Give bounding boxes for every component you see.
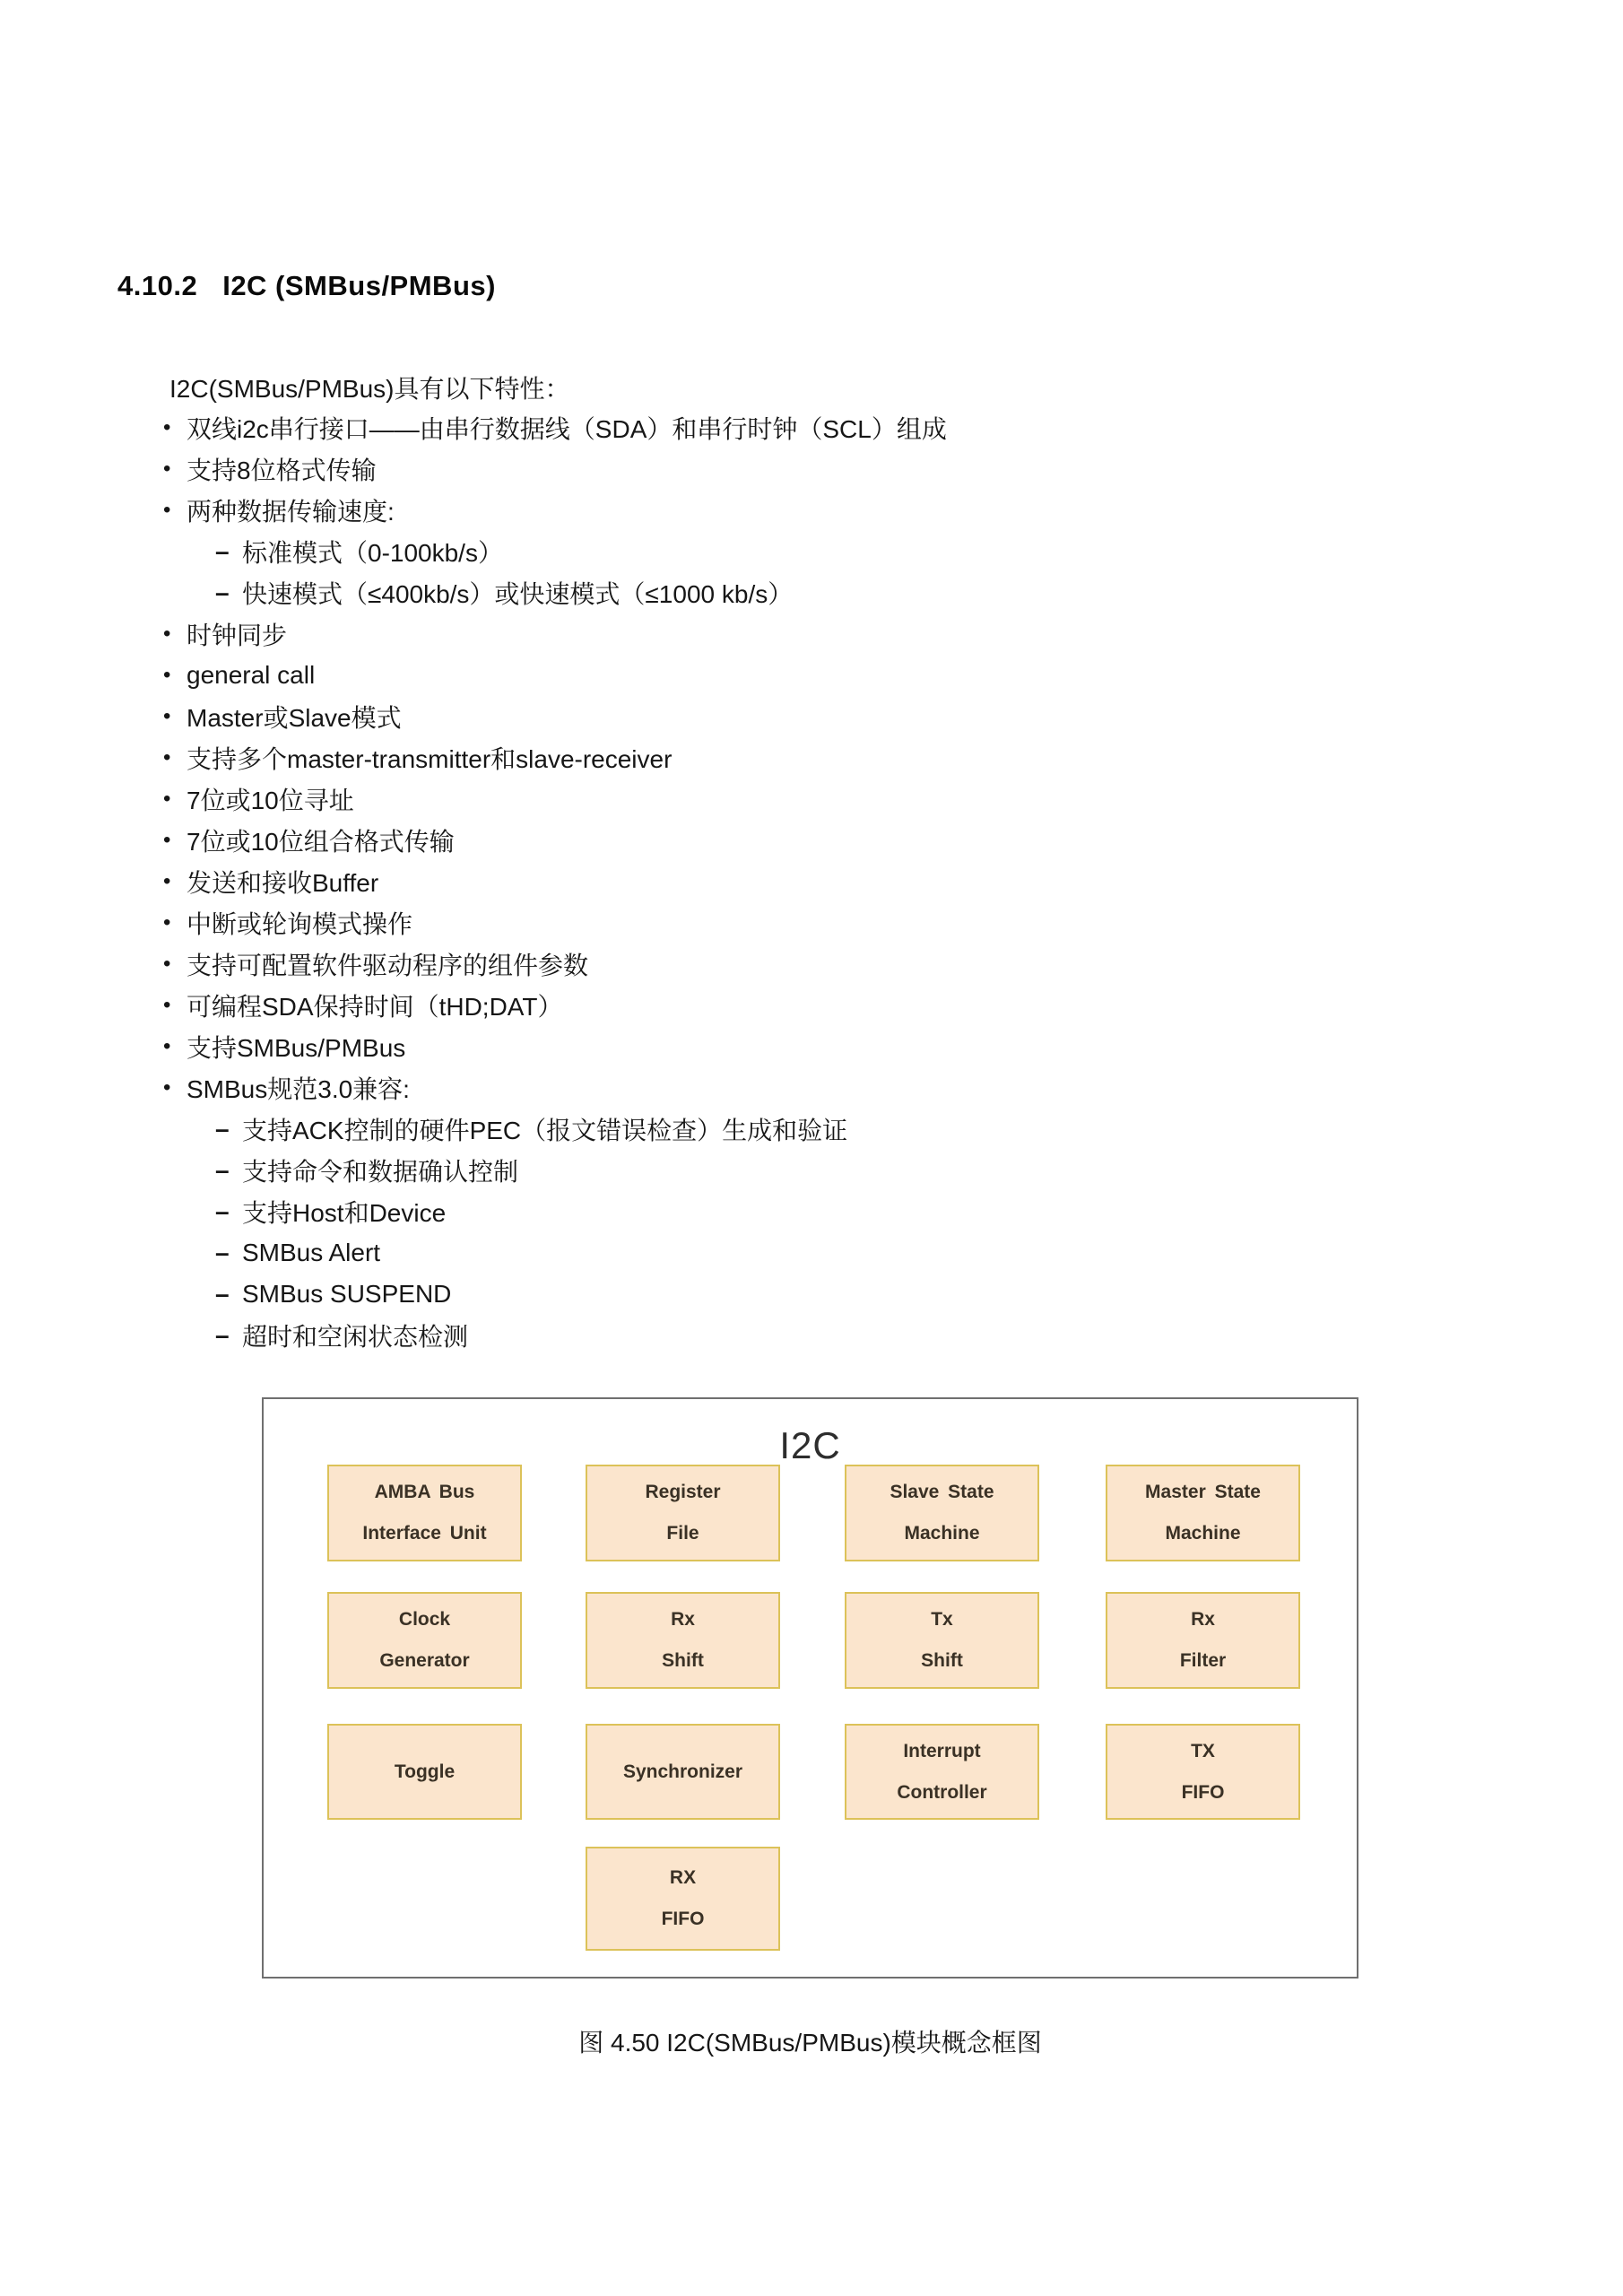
- box-label-line: Clock: [399, 1609, 450, 1631]
- feature-item: •可编程SDA保持时间（tHD;DAT）: [0, 985, 1524, 1026]
- feature-item: •支持可配置软件驱动程序的组件参数: [0, 944, 1524, 985]
- feature-subitem: –标准模式（0-100kb/s）: [0, 531, 1524, 572]
- feature-text: 两种数据传输速度:: [187, 492, 395, 528]
- box-label-line: Interface Unit: [362, 1523, 486, 1544]
- bullet-marker: •: [163, 415, 187, 440]
- box-label-line: Slave State: [890, 1482, 994, 1503]
- feature-subitem: –快速模式（≤400kb/s）或快速模式（≤1000 kb/s）: [0, 572, 1524, 613]
- feature-subitem: –支持命令和数据确认控制: [0, 1150, 1524, 1191]
- box-label-line: Interrupt: [903, 1741, 980, 1762]
- bullet-marker: •: [163, 622, 187, 647]
- feature-item: •支持SMBus/PMBus: [0, 1026, 1524, 1067]
- feature-text: 支持ACK控制的硬件PEC（报文错误检查）生成和验证: [242, 1111, 847, 1147]
- feature-text: 支持命令和数据确认控制: [242, 1152, 518, 1188]
- section-title: I2C (SMBus/PMBus): [222, 270, 496, 302]
- bullet-marker: •: [163, 704, 187, 729]
- diagram-box-clock-generator: Clock Generator: [327, 1592, 522, 1689]
- bullet-marker: •: [163, 869, 187, 894]
- box-label-line: TX: [1191, 1741, 1215, 1762]
- feature-text: 快速模式（≤400kb/s）或快速模式（≤1000 kb/s）: [242, 575, 793, 611]
- box-label-line: Machine: [1165, 1523, 1240, 1544]
- diagram-box-synchronizer: Synchronizer: [586, 1724, 780, 1820]
- dash-marker: –: [215, 537, 242, 566]
- feature-item: •发送和接收Buffer: [0, 861, 1524, 902]
- box-label-line: Generator: [379, 1650, 469, 1672]
- feature-item: •中断或轮询模式操作: [0, 902, 1524, 944]
- bullet-marker: •: [163, 498, 187, 523]
- box-label-line: Machine: [904, 1523, 979, 1544]
- box-label-line: Shift: [662, 1650, 704, 1672]
- feature-text: general call: [187, 661, 315, 690]
- feature-text: 双线i2c串行接口——由串行数据线（SDA）和串行时钟（SCL）组成: [187, 410, 947, 446]
- feature-text: Master或Slave模式: [187, 699, 402, 735]
- bullet-marker: •: [163, 1034, 187, 1059]
- figure-caption: 图 4.50 I2C(SMBus/PMBus)模块概念框图: [262, 2023, 1358, 2059]
- box-label-line: File: [666, 1523, 699, 1544]
- bullet-marker: •: [163, 828, 187, 853]
- feature-text: 支持多个master-transmitter和slave-receiver: [187, 740, 672, 776]
- dash-marker: –: [215, 1239, 242, 1267]
- box-label-line: FIFO: [1182, 1782, 1225, 1804]
- feature-text: 7位或10位寻址: [187, 781, 354, 817]
- diagram-title: I2C: [264, 1424, 1357, 1467]
- feature-text: 支持可配置软件驱动程序的组件参数: [187, 946, 588, 982]
- feature-item: •时钟同步: [0, 613, 1524, 655]
- feature-item: •双线i2c串行接口——由串行数据线（SDA）和串行时钟（SCL）组成: [0, 407, 1524, 448]
- section-heading: 4.10.2 I2C (SMBus/PMBus): [117, 270, 496, 302]
- feature-subitem: –支持Host和Device: [0, 1191, 1524, 1232]
- diagram-box-register-file: Register File: [586, 1465, 780, 1561]
- bullet-marker: •: [163, 663, 187, 688]
- feature-item: •支持8位格式传输: [0, 448, 1524, 490]
- diagram-box-amba-bus-interface-unit: AMBA Bus Interface Unit: [327, 1465, 522, 1561]
- bullet-marker: •: [163, 910, 187, 935]
- feature-text: 超时和空闲状态检测: [242, 1318, 468, 1353]
- feature-subitem: –SMBus Alert: [0, 1232, 1524, 1274]
- feature-text: SMBus Alert: [242, 1239, 380, 1267]
- bullet-marker: •: [163, 787, 187, 812]
- feature-subitem: –SMBus SUSPEND: [0, 1274, 1524, 1315]
- bullet-marker: •: [163, 952, 187, 977]
- feature-text: SMBus规范3.0兼容:: [187, 1070, 410, 1106]
- section-number: 4.10.2: [117, 270, 197, 302]
- document-page: 4.10.2 I2C (SMBus/PMBus) I2C(SMBus/PMBus…: [0, 0, 1623, 2296]
- box-label-line: RX: [670, 1867, 696, 1889]
- diagram-box-interrupt-controller: Interrupt Controller: [845, 1724, 1039, 1820]
- dash-marker: –: [215, 1280, 242, 1309]
- box-label-line: AMBA Bus: [375, 1482, 475, 1503]
- bullet-marker: •: [163, 1075, 187, 1100]
- box-label-line: Rx: [671, 1609, 695, 1631]
- box-label-line: Master State: [1145, 1482, 1261, 1503]
- feature-item: •SMBus规范3.0兼容:: [0, 1067, 1524, 1109]
- box-label-line: Tx: [931, 1609, 953, 1631]
- dash-marker: –: [215, 1197, 242, 1226]
- feature-text: 发送和接收Buffer: [187, 864, 378, 900]
- feature-subitem: –支持ACK控制的硬件PEC（报文错误检查）生成和验证: [0, 1109, 1524, 1150]
- box-label-line: FIFO: [662, 1909, 705, 1930]
- feature-item: •Master或Slave模式: [0, 696, 1524, 737]
- feature-text: 中断或轮询模式操作: [187, 905, 412, 941]
- feature-item: •7位或10位组合格式传输: [0, 820, 1524, 861]
- feature-item: •general call: [0, 655, 1524, 696]
- feature-text: 支持Host和Device: [242, 1194, 446, 1230]
- diagram-box-tx-shift: Tx Shift: [845, 1592, 1039, 1689]
- feature-item: •支持多个master-transmitter和slave-receiver: [0, 737, 1524, 778]
- diagram-box-tx-fifo: TX FIFO: [1106, 1724, 1300, 1820]
- box-label-line: Toggle: [395, 1761, 455, 1783]
- box-label-line: Controller: [897, 1782, 986, 1804]
- feature-subitem: –超时和空闲状态检测: [0, 1315, 1524, 1356]
- box-label-line: Shift: [921, 1650, 963, 1672]
- diagram-box-master-state-machine: Master State Machine: [1106, 1465, 1300, 1561]
- feature-text: 支持8位格式传输: [187, 451, 377, 487]
- diagram-box-slave-state-machine: Slave State Machine: [845, 1465, 1039, 1561]
- feature-text: SMBus SUSPEND: [242, 1280, 451, 1309]
- block-diagram: I2C AMBA Bus Interface Unit Register Fil…: [262, 1397, 1358, 1979]
- feature-item: •7位或10位寻址: [0, 778, 1524, 820]
- box-label-line: Rx: [1191, 1609, 1215, 1631]
- feature-list: •双线i2c串行接口——由串行数据线（SDA）和串行时钟（SCL）组成 •支持8…: [0, 407, 1524, 1356]
- bullet-marker: •: [163, 457, 187, 482]
- diagram-box-rx-fifo: RX FIFO: [586, 1847, 780, 1951]
- dash-marker: –: [215, 578, 242, 607]
- box-label-line: Filter: [1180, 1650, 1226, 1672]
- dash-marker: –: [215, 1115, 242, 1144]
- box-label-line: Register: [645, 1482, 720, 1503]
- intro-text: I2C(SMBus/PMBus)具有以下特性：: [169, 370, 570, 405]
- feature-text: 可编程SDA保持时间（tHD;DAT）: [187, 987, 563, 1023]
- diagram-box-rx-filter: Rx Filter: [1106, 1592, 1300, 1689]
- bullet-marker: •: [163, 745, 187, 770]
- bullet-marker: •: [163, 993, 187, 1018]
- feature-text: 7位或10位组合格式传输: [187, 822, 455, 858]
- feature-text: 标准模式（0-100kb/s）: [242, 534, 503, 570]
- feature-text: 支持SMBus/PMBus: [187, 1029, 405, 1065]
- dash-marker: –: [215, 1156, 242, 1185]
- diagram-box-toggle: Toggle: [327, 1724, 522, 1820]
- feature-item: •两种数据传输速度:: [0, 490, 1524, 531]
- feature-text: 时钟同步: [187, 616, 287, 652]
- dash-marker: –: [215, 1321, 242, 1350]
- diagram-box-rx-shift: Rx Shift: [586, 1592, 780, 1689]
- box-label-line: Synchronizer: [623, 1761, 742, 1783]
